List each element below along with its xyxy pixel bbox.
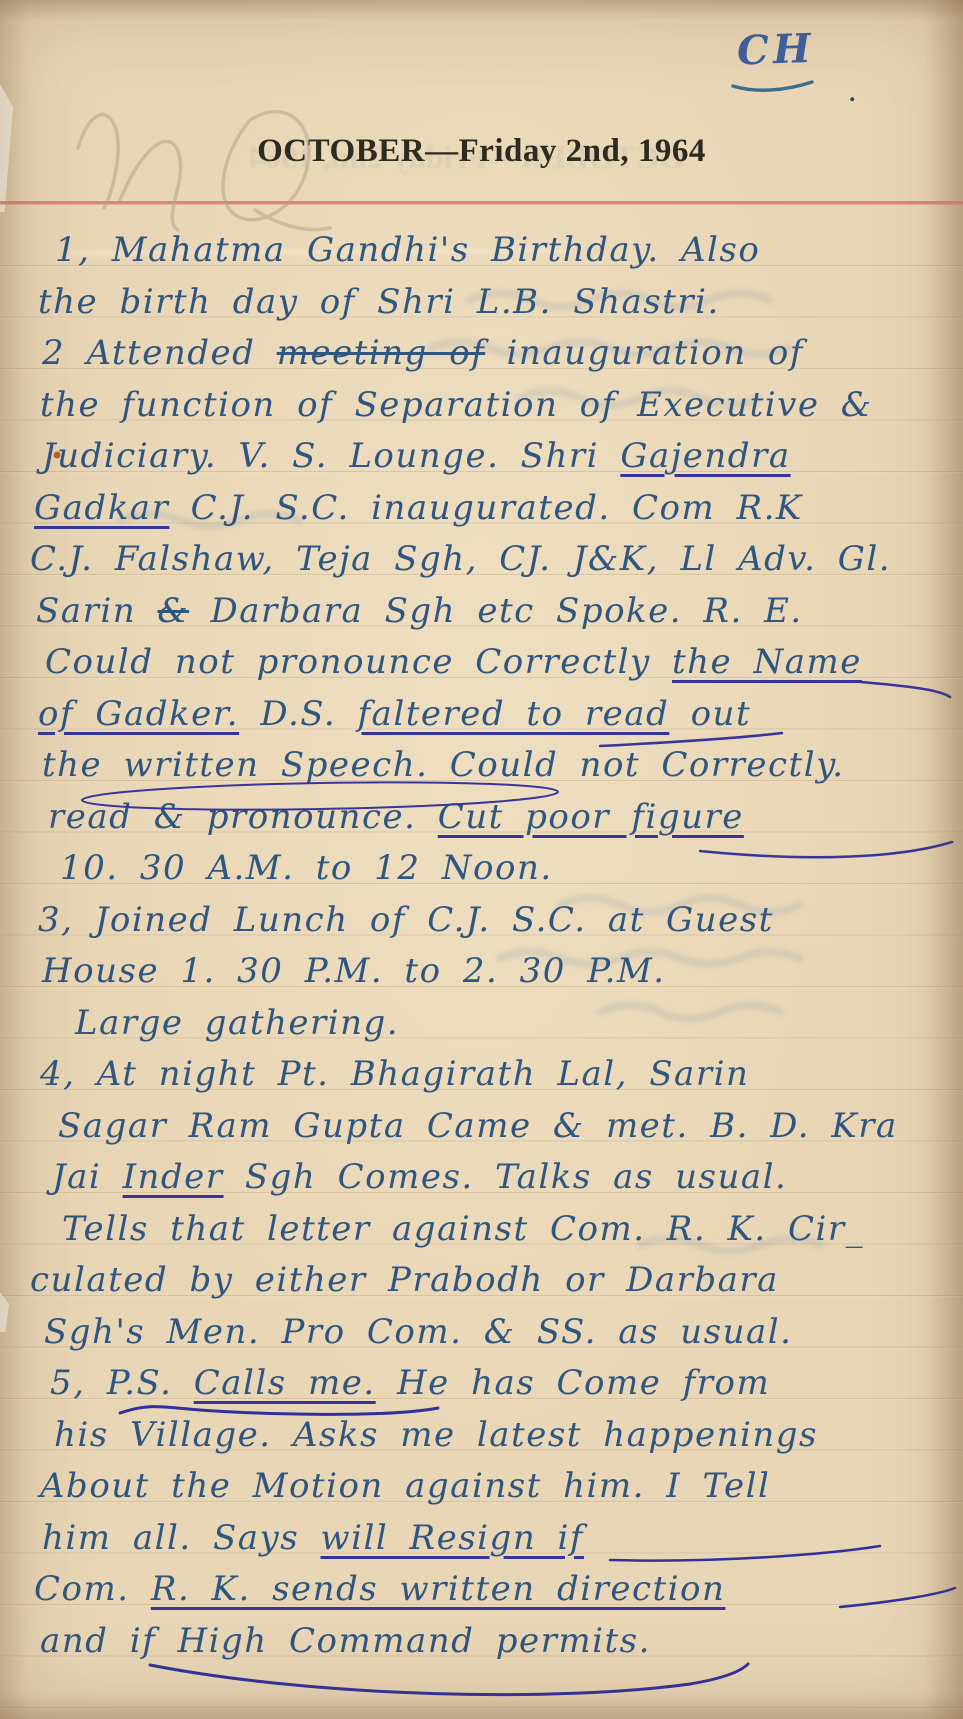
diary-line: 4, At night Pt. Bhagirath Lal, Sarin — [0, 1049, 963, 1101]
diary-line: About the Motion against him. I Tell — [0, 1461, 963, 1513]
hand-text-segment: Sarin — [36, 591, 157, 631]
diary-line: culated by either Prabodh or Darbara — [0, 1255, 963, 1307]
hand-text-segment: Sgh's Men. Pro Com. & SS. as usual. — [44, 1312, 792, 1352]
final-swoosh-underline — [150, 1664, 748, 1695]
hand-text-segment: him all. Says — [42, 1518, 320, 1558]
hand-text-segment: R. K. sends written direction — [151, 1569, 726, 1609]
hand-text-segment: the written Speech. Could not Correctly. — [42, 745, 845, 785]
hand-text-segment: Gajendra — [620, 436, 790, 476]
diary-line: Sagar Ram Gupta Came & met. B. D. Kra — [0, 1101, 963, 1153]
hand-text-segment: D.S. — [239, 694, 357, 734]
hand-text-segment: Inder — [123, 1157, 224, 1197]
diary-line: Judiciary. V. S. Lounge. Shri Gajendra — [0, 431, 963, 483]
hand-text-segment: 4, At night Pt. Bhagirath Lal, Sarin — [40, 1054, 749, 1094]
diary-line: 2 Attended meeting of inauguration of — [0, 328, 963, 380]
diary-line: his Village. Asks me latest happenings — [0, 1410, 963, 1462]
diary-line: read & pronounce. Cut poor figure — [0, 792, 963, 844]
diary-line: him all. Says will Resign if — [0, 1513, 963, 1565]
hand-text-segment: Jai — [52, 1157, 123, 1197]
hand-text-segment: Tells that letter against Com. R. K. Cir… — [62, 1209, 864, 1249]
diary-line: Could not pronounce Correctly the Name — [0, 637, 963, 689]
hand-text-segment: C.J. S.C. inaugurated. Com R.K — [169, 488, 802, 528]
corner-annotation: CH — [736, 24, 828, 74]
diary-line: 3, Joined Lunch of C.J. S.C. at Guest — [0, 895, 963, 947]
diary-line: the birth day of Shri L.B. Shastri. — [0, 277, 963, 329]
hand-text-segment: inauguration of — [485, 333, 804, 373]
hand-text-segment: He has Come from — [376, 1363, 771, 1403]
diary-lines: 1, Mahatma Gandhi's Birthday. Alsothe bi… — [0, 225, 963, 1667]
hand-text-segment: 5, P.S. — [50, 1363, 194, 1403]
hand-text-segment: his Village. Asks me latest happenings — [54, 1415, 818, 1455]
ch-underline — [733, 82, 812, 90]
diary-line: Large gathering. — [0, 998, 963, 1050]
hand-text-segment: 10. 30 A.M. to 12 Noon. — [60, 848, 553, 888]
diary-line: 5, P.S. Calls me. He has Come from — [0, 1358, 963, 1410]
hand-text-segment: will Resign if — [320, 1518, 584, 1558]
hand-text-segment: 1, Mahatma Gandhi's Birthday. Also — [55, 230, 760, 270]
hand-text-segment: Judiciary. V. S. Lounge. Shri — [42, 436, 620, 476]
diary-line: 1, Mahatma Gandhi's Birthday. Also — [0, 225, 963, 277]
diary-line: Com. R. K. sends written direction — [0, 1564, 963, 1616]
diary-line: of Gadker. D.S. faltered to read out — [0, 689, 963, 741]
diary-line: the written Speech. Could not Correctly. — [0, 740, 963, 792]
hand-text-segment: Gadkar — [34, 488, 169, 528]
hand-text-segment: read & pronounce. — [48, 797, 438, 837]
hand-text-segment: Com. — [34, 1569, 151, 1609]
hand-text-segment: About the Motion against him. I Tell — [40, 1466, 770, 1506]
diary-line: the function of Separation of Executive … — [0, 380, 963, 432]
hand-text-segment: 2 Attended — [42, 333, 277, 373]
hand-text-segment: meeting of — [277, 333, 486, 373]
hand-text-segment: and if High Command permits. — [40, 1621, 651, 1661]
hand-text-segment: culated by either Prabodh or Darbara — [30, 1260, 779, 1300]
hand-text-segment: Darbara Sgh etc Spoke. R. E. — [189, 591, 803, 631]
hand-text-segment: the Name — [672, 642, 862, 682]
hand-text-segment: C.J. Falshaw, Teja Sgh, CJ. J&K, Ll Adv.… — [30, 539, 891, 579]
diary-line: Gadkar C.J. S.C. inaugurated. Com R.K — [0, 483, 963, 535]
hand-text-segment: out — [669, 694, 751, 734]
diary-line: Sarin & Darbara Sgh etc Spoke. R. E. — [0, 586, 963, 638]
hand-text-segment: & — [157, 591, 189, 631]
diary-line: Tells that letter against Com. R. K. Cir… — [0, 1204, 963, 1256]
diary-page-scan: OCTOBER—Friday 2nd, 1964 OCTOBER—Friday … — [0, 0, 963, 1719]
ink-dot: . — [848, 72, 857, 110]
hand-text-segment: the birth day of Shri L.B. Shastri. — [38, 282, 720, 322]
hand-text-segment: Could not pronounce Correctly — [45, 642, 672, 682]
hand-text-segment: of Gadker. — [38, 694, 239, 734]
hand-text-segment: House 1. 30 P.M. to 2. 30 P.M. — [42, 951, 666, 991]
hand-text-segment: Cut poor figure — [438, 797, 744, 837]
diary-line: 10. 30 A.M. to 12 Noon. — [0, 843, 963, 895]
hand-text-segment: the function of Separation of Executive … — [40, 385, 873, 425]
red-rule-line — [0, 201, 963, 204]
hand-text-segment: Calls me. — [194, 1363, 376, 1403]
diary-line: House 1. 30 P.M. to 2. 30 P.M. — [0, 946, 963, 998]
hand-text-segment: Sgh Comes. Talks as usual. — [224, 1157, 788, 1197]
diary-line: Sgh's Men. Pro Com. & SS. as usual. — [0, 1307, 963, 1359]
hand-text-segment: Sagar Ram Gupta Came & met. B. D. Kra — [58, 1106, 898, 1146]
diary-line: and if High Command permits. — [0, 1616, 963, 1668]
page-title: OCTOBER—Friday 2nd, 1964 — [0, 133, 963, 170]
hand-text-segment: faltered to read — [357, 694, 669, 734]
hand-text-segment: Large gathering. — [75, 1003, 399, 1043]
diary-line: Jai Inder Sgh Comes. Talks as usual. — [0, 1152, 963, 1204]
hand-text-segment: 3, Joined Lunch of C.J. S.C. at Guest — [38, 900, 774, 940]
diary-line: C.J. Falshaw, Teja Sgh, CJ. J&K, Ll Adv.… — [0, 534, 963, 586]
